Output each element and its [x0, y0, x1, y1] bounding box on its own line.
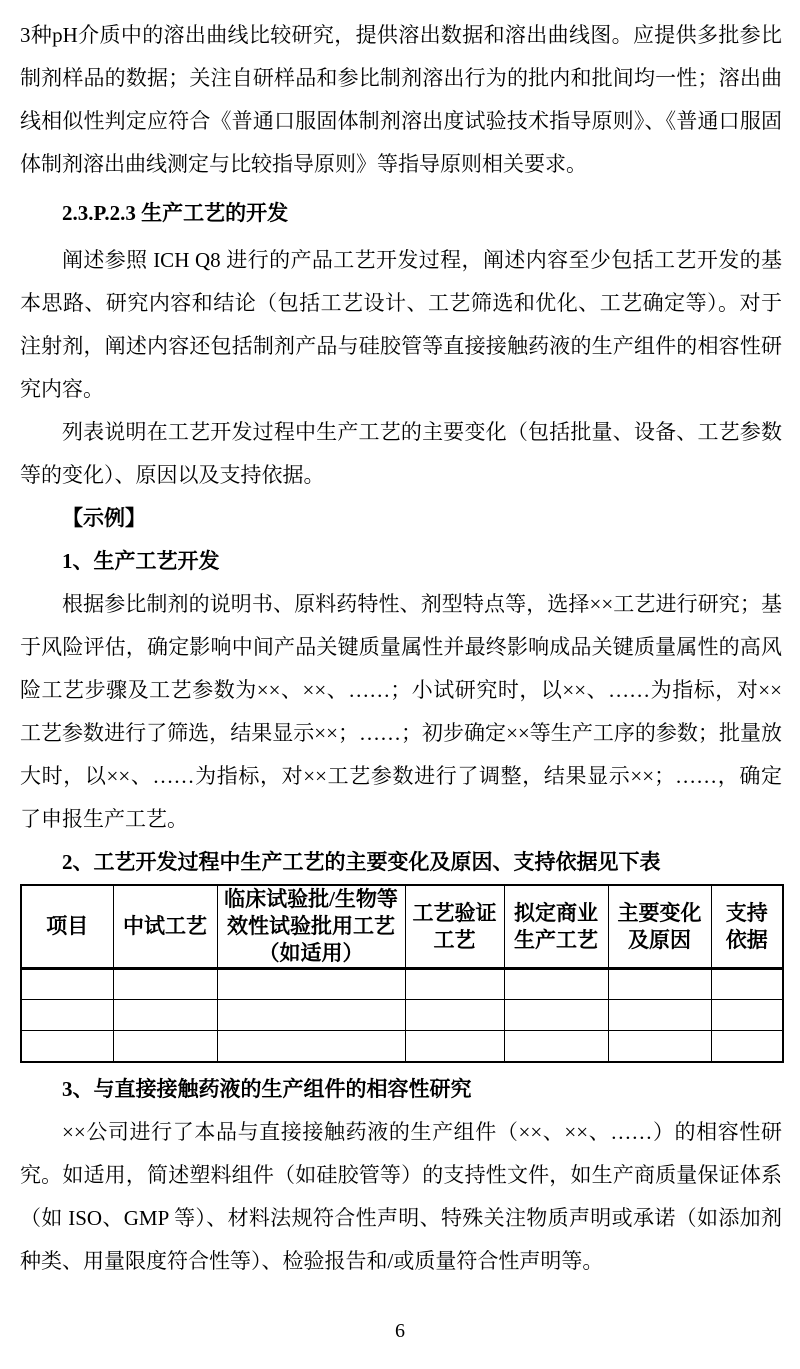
table-header-validation-process: 工艺验证 工艺 — [405, 885, 504, 969]
table-row — [21, 969, 783, 1000]
table-cell — [608, 1031, 711, 1062]
table-cell — [217, 1031, 405, 1062]
table-cell — [711, 969, 783, 1000]
table-cell — [608, 1000, 711, 1031]
paragraph-item-1: 根据参比制剂的说明书、原料药特性、剂型特点等，选择××工艺进行研究；基于风险评估… — [20, 583, 782, 841]
table-header-pilot-process: 中试工艺 — [113, 885, 217, 969]
table-cell — [217, 969, 405, 1000]
table-header-item: 项目 — [21, 885, 113, 969]
table-cell — [113, 1000, 217, 1031]
paragraph-process-development: 阐述参照 ICH Q8 进行的产品工艺开发过程，阐述内容至少包括工艺开发的基本思… — [20, 239, 782, 411]
table-cell — [405, 1000, 504, 1031]
page-number: 6 — [0, 1318, 800, 1345]
table-cell — [504, 1031, 608, 1062]
paragraph-list-changes: 列表说明在工艺开发过程中生产工艺的主要变化（包括批量、设备、工艺参数等的变化）、… — [20, 411, 782, 497]
table-row — [21, 1000, 783, 1031]
heading-example: 【示例】 — [20, 497, 782, 540]
table-cell — [21, 969, 113, 1000]
table-cell — [21, 1031, 113, 1062]
table-cell — [217, 1000, 405, 1031]
paragraph-dissolution-curves: 3种pH介质中的溶出曲线比较研究，提供溶出数据和溶出曲线图。应提供多批参比制剂样… — [20, 14, 782, 186]
table-header-support-basis: 支持 依据 — [711, 885, 783, 969]
table-cell — [113, 1031, 217, 1062]
table-cell — [504, 969, 608, 1000]
paragraph-item-3: ××公司进行了本品与直接接触药液的生产组件（××、××、……）的相容性研究。如适… — [20, 1111, 782, 1283]
table-cell — [405, 969, 504, 1000]
table-header-main-changes: 主要变化 及原因 — [608, 885, 711, 969]
heading-item-3: 3、与直接接触药液的生产组件的相容性研究 — [20, 1068, 782, 1111]
document-content: 3种pH介质中的溶出曲线比较研究，提供溶出数据和溶出曲线图。应提供多批参比制剂样… — [0, 0, 800, 1283]
heading-section-2-3-p-2-3: 2.3.P.2.3 生产工艺的开发 — [20, 192, 782, 235]
table-header-row: 项目 中试工艺 临床试验批/生物等 效性试验批用工艺 （如适用） 工艺验证 工艺… — [21, 885, 783, 969]
process-changes-table: 项目 中试工艺 临床试验批/生物等 效性试验批用工艺 （如适用） 工艺验证 工艺… — [20, 884, 784, 1063]
table-body — [21, 969, 783, 1062]
heading-item-2: 2、工艺开发过程中生产工艺的主要变化及原因、支持依据见下表 — [20, 841, 782, 884]
table-cell — [711, 1000, 783, 1031]
document-page: 3种pH介质中的溶出曲线比较研究，提供溶出数据和溶出曲线图。应提供多批参比制剂样… — [0, 0, 800, 1369]
table-header-commercial-process: 拟定商业 生产工艺 — [504, 885, 608, 969]
heading-item-1: 1、生产工艺开发 — [20, 540, 782, 583]
table-cell — [504, 1000, 608, 1031]
table-cell — [113, 969, 217, 1000]
table-row — [21, 1031, 783, 1062]
table-cell — [711, 1031, 783, 1062]
table-cell — [608, 969, 711, 1000]
table-header-clinical-batch-process: 临床试验批/生物等 效性试验批用工艺 （如适用） — [217, 885, 405, 969]
table-cell — [21, 1000, 113, 1031]
table-cell — [405, 1031, 504, 1062]
